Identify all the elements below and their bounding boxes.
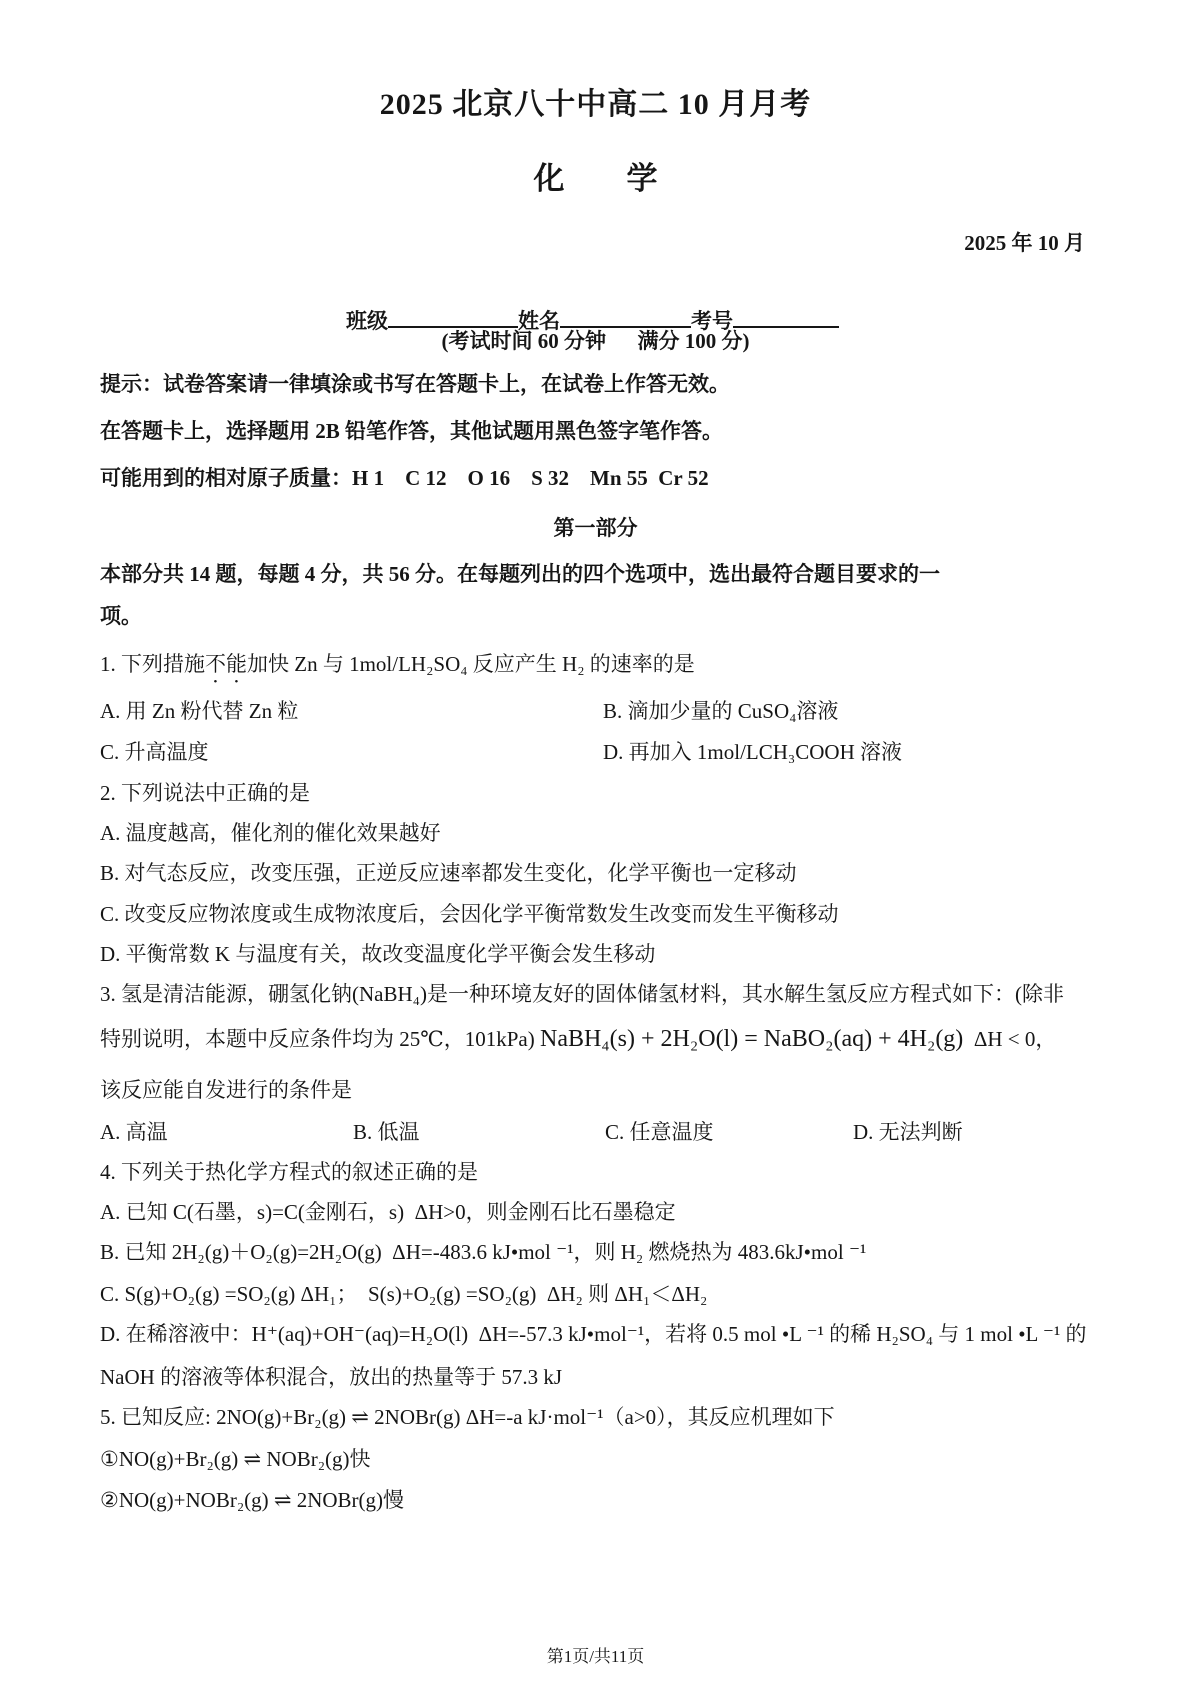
- page-number: 第1页/共11页: [100, 1642, 1091, 1672]
- part1-desc-line-2: 项。: [100, 601, 1091, 631]
- q3-equation: NaBH₄(s) + 2H₂O(l) = NaBO₂(aq) + 4H₂(g): [540, 1026, 963, 1052]
- q3-stem-line-1: 3. 氢是清洁能源，硼氢化钠(NaBH₄)是一种环境友好的固体储氢材料，其水解生…: [100, 979, 1091, 1009]
- q3-option-c: C. 任意温度: [605, 1117, 714, 1147]
- q5-mechanism-step-1: ①NO(g)+Br₂(g) ⇌ NOBr₂(g)快: [100, 1444, 1091, 1474]
- exam-meta: (考试时间 60 分钟 满分 100 分): [100, 326, 1091, 356]
- notice-line-1: 提示：试卷答案请一律填涂或书写在答题卡上，在试卷上作答无效。: [100, 369, 1091, 399]
- q5-stem: 5. 已知反应: 2NO(g)+Br₂(g) ⇌ 2NOBr(g) ΔH=-a …: [100, 1402, 1091, 1432]
- q3-option-b: B. 低温: [353, 1117, 420, 1147]
- atomic-masses-line: 可能用到的相对原子质量：H 1 C 12 O 16 S 32 Mn 55 Cr …: [100, 463, 1091, 493]
- name-blank: [560, 302, 691, 328]
- q1-option-a: A. 用 Zn 粉代替 Zn 粒: [100, 696, 298, 726]
- q3-option-d: D. 无法判断: [853, 1117, 963, 1147]
- q3-stem-line-2: 特别说明，本题中反应条件均为 25℃，101kPa) NaBH₄(s) + 2H…: [100, 1021, 1091, 1057]
- q4-stem: 4. 下列关于热化学方程式的叙述正确的是: [100, 1157, 1091, 1187]
- subject-title: 化 学: [100, 158, 1091, 200]
- q4-option-b: B. 已知 2H₂(g)＋O₂(g)=2H₂O(g) ΔH=-483.6 kJ•…: [100, 1237, 1091, 1267]
- part1-desc-line-1: 本部分共 14 题，每题 4 分，共 56 分。在每题列出的四个选项中，选出最符…: [100, 559, 1091, 589]
- q1-stem-pre: 1. 下列措施: [100, 652, 205, 676]
- exam-title: 2025 北京八十中高二 10 月月考: [100, 84, 1091, 126]
- q1-option-c: C. 升高温度: [100, 737, 209, 767]
- q5-mechanism-step-2: ②NO(g)+NOBr₂(g) ⇌ 2NOBr(g)慢: [100, 1485, 1091, 1515]
- q4-option-d-line-2: NaOH 的溶液等体积混合，放出的热量等于 57.3 kJ: [100, 1362, 1091, 1392]
- id-blank: [733, 302, 839, 328]
- q4-option-d-line-1: D. 在稀溶液中：H⁺(aq)+OH⁻(aq)=H₂O(l) ΔH=-57.3 …: [100, 1319, 1091, 1349]
- q4-option-c: C. S(g)+O₂(g) =SO₂(g) ΔH₁； S(s)+O₂(g) =S…: [100, 1279, 1091, 1309]
- q1-option-d: D. 再加入 1mol/LCH₃COOH 溶液: [603, 737, 902, 767]
- q3-option-a: A. 高温: [100, 1117, 168, 1147]
- q1-option-b: B. 滴加少量的 CuSO₄溶液: [603, 696, 838, 726]
- q2-option-b: B. 对气态反应，改变压强，正逆反应速率都发生变化，化学平衡也一定移动: [100, 858, 1091, 888]
- q1-stem-post: 加快 Zn 与 1mol/LH₂SO₄ 反应产生 H₂ 的速率的是: [247, 652, 695, 676]
- part1-heading: 第一部分: [100, 513, 1091, 543]
- q3-conditions: 特别说明，本题中反应条件均为 25℃，101kPa): [100, 1027, 540, 1051]
- q1-stem: 1. 下列措施不能加快 Zn 与 1mol/LH₂SO₄ 反应产生 H₂ 的速率…: [100, 649, 1091, 688]
- q3-stem-line-3: 该反应能自发进行的条件是: [100, 1075, 1091, 1105]
- q1-stem-emphasis: 不能: [205, 652, 247, 676]
- exam-paper-page: 2025 北京八十中高二 10 月月考 化 学 2025 年 10 月 班级姓名…: [0, 0, 1191, 1684]
- q2-option-c: C. 改变反应物浓度或生成物浓度后，会因化学平衡常数发生改变而发生平衡移动: [100, 899, 1091, 929]
- class-blank: [388, 302, 518, 328]
- q2-option-d: D. 平衡常数 K 与温度有关，故改变温度化学平衡会发生移动: [100, 939, 1091, 969]
- notice-line-2: 在答题卡上，选择题用 2B 铅笔作答，其他试题用黑色签字笔作答。: [100, 416, 1091, 446]
- q3-enthalpy: ΔH < 0，: [963, 1027, 1056, 1051]
- q4-option-a: A. 已知 C(石墨，s)=C(金刚石，s) ΔH>0，则金刚石比石墨稳定: [100, 1197, 1091, 1227]
- q2-stem: 2. 下列说法中正确的是: [100, 778, 1091, 808]
- q2-option-a: A. 温度越高，催化剂的催化效果越好: [100, 818, 1091, 848]
- exam-date: 2025 年 10 月: [100, 228, 1085, 258]
